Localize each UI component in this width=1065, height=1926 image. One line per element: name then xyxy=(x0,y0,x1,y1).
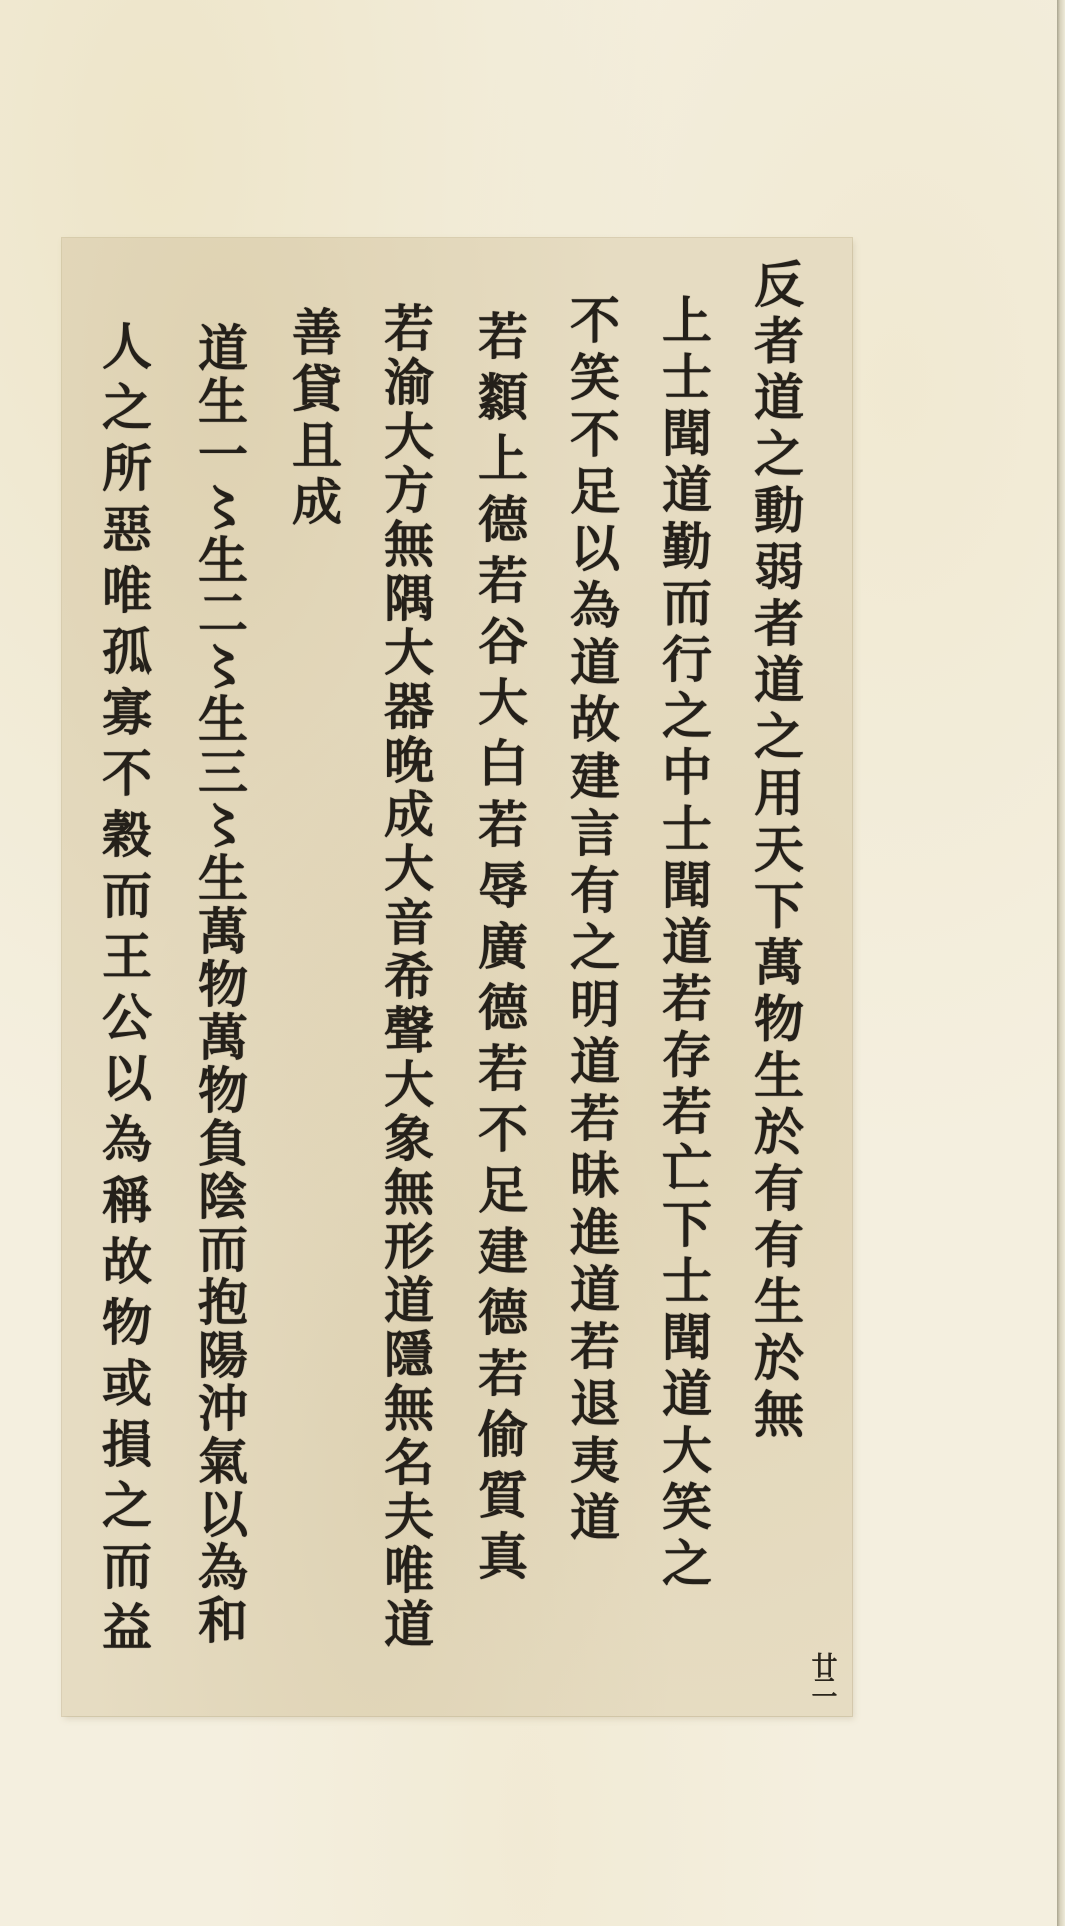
text-column-4: 若纇上德若谷大白若辱廣德若不足建德若偷質真 xyxy=(474,310,524,1591)
calligraphy-sheet: 反者道之動弱者道之用天下萬物生於有有生於無 上士聞道勤而行之中士聞道若存若亡下士… xyxy=(62,238,852,1716)
text-column-2: 上士聞道勤而行之中士聞道若存若亡下士聞道大笑之 xyxy=(658,294,708,1594)
mount-right-edge xyxy=(1057,0,1065,1926)
text-column-5: 若渝大方無隅大器晚成大音希聲大象無形道隱無名夫唯道 xyxy=(380,302,430,1652)
page-number: 廿二 xyxy=(804,1652,841,1696)
text-column-7: 道生一〻生二〻生三〻生萬物萬物負陰而抱陽沖氣以為和 xyxy=(194,322,244,1647)
text-column-3: 不笑不足以為道故建言有之明道若昧進道若退夷道 xyxy=(566,294,616,1548)
text-column-1: 反者道之動弱者道之用天下萬物生於有有生於無 xyxy=(750,258,800,1445)
text-column-8: 人之所惡唯孤寡不穀而王公以為稱故物或損之而益 xyxy=(98,320,148,1662)
text-columns: 反者道之動弱者道之用天下萬物生於有有生於無 上士聞道勤而行之中士聞道若存若亡下士… xyxy=(62,238,852,1716)
text-column-6: 善貸且成 xyxy=(288,306,338,532)
